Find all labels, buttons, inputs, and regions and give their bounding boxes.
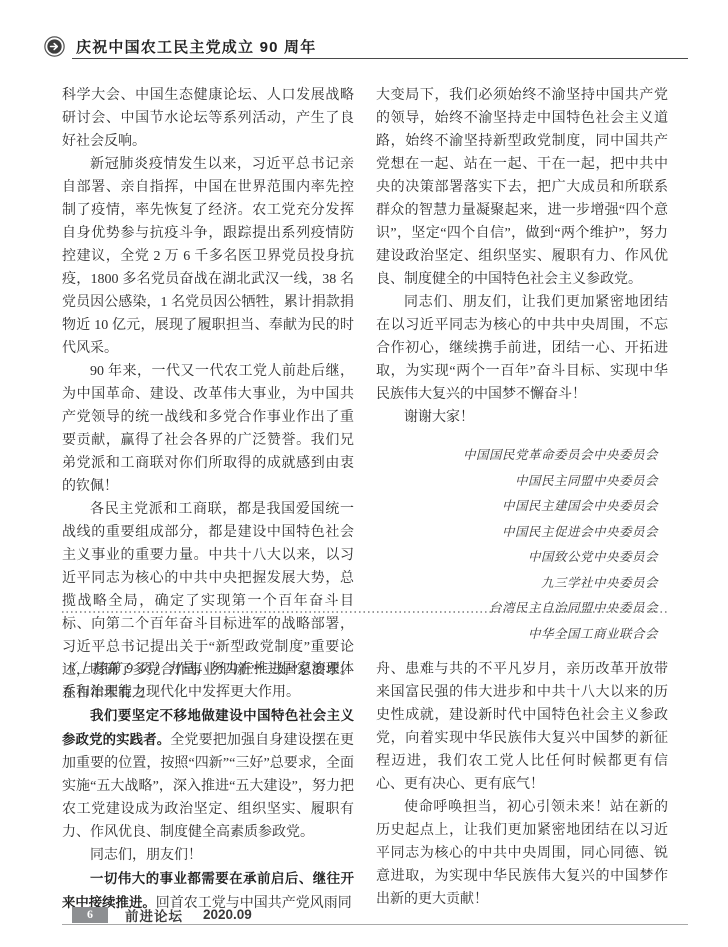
text-run-kai: 中华全国工商业联合会: [528, 627, 658, 641]
text-run-kai: （上接第 9 页）: [62, 662, 168, 677]
text-run-normal: 大变局下，我们必须始终不渝坚持中国共产党的领导，始终不渝坚持走中国特色社会主义道…: [376, 88, 668, 287]
continued-paragraph: 大变局下，我们必须始终不渝坚持中国共产党的领导，始终不渝坚持走中国特色社会主义道…: [376, 84, 668, 291]
paragraph: 谢谢大家！: [376, 406, 668, 429]
text-run-normal: 使命呼唤担当，初心引领未来！站在新的历史起点上，让我们更加紧密地团结在以习近平同…: [376, 800, 668, 907]
magazine-page: 庆祝中国农工民主党成立 90 周年 科学大会、中国生态健康论坛、人口发展战略研讨…: [0, 0, 728, 947]
continued-paragraph: 舟、患难与共的不平凡岁月，亲历改革开放带来国富民强的伟大进步和中共十八大以来的历…: [376, 658, 668, 796]
text-run-normal: 科学大会、中国生态健康论坛、人口发展战略研讨会、中国节水论坛等系列活动，产生了良…: [62, 88, 354, 149]
signature-line: 中国民主建国会中央委员会: [376, 494, 668, 520]
top-right-column: 大变局下，我们必须始终不渝坚持中国共产党的领导，始终不渝坚持走中国特色社会主义道…: [376, 84, 668, 608]
signature-line: 中国民主促进会中央委员会: [376, 520, 668, 546]
page-number-badge: 6: [72, 907, 108, 923]
signature-line: 中华全国工商业联合会: [376, 622, 668, 648]
journal-name: 前进论坛: [125, 905, 183, 925]
paragraph: 90 年来，一代又一代农工党人前赴后继，为中国革命、建设、改革伟大事业，为中国共…: [62, 360, 354, 498]
text-run-normal: 全党要把加强自身建设摆在更加重要的位置，按照“四新”“三好”总要求，全面实施“五…: [62, 733, 354, 840]
page-header: 庆祝中国农工民主党成立 90 周年: [44, 36, 316, 57]
arrow-right-circle-icon: [44, 36, 65, 57]
header-rule: [72, 58, 688, 59]
speech-top-section: 科学大会、中国生态健康论坛、人口发展战略研讨会、中国节水论坛等系列活动，产生了良…: [62, 84, 668, 608]
header-title: 庆祝中国农工民主党成立 90 周年: [76, 36, 316, 57]
text-run-kai: 中国民主促进会中央委员会: [502, 525, 658, 539]
issue-number: 2020.09: [203, 907, 252, 922]
text-run-normal: 舟、患难与共的不平凡岁月，亲历改革开放带来国富民强的伟大进步和中共十八大以来的历…: [376, 662, 668, 792]
paragraph: 使命呼唤担当，初心引领未来！站在新的历史起点上，让我们更加紧密地团结在以习近平同…: [376, 796, 668, 911]
text-run-normal: 新冠肺炎疫情发生以来，习近平总书记亲自部署、亲自指挥，中国在世界范围内率先控制了…: [62, 157, 354, 356]
section-divider: [62, 611, 668, 613]
article-bottom-section: （上接第 9 页）力量，努力在推进国家治理体系和治理能力现代化中发挥更大作用。我…: [62, 658, 668, 902]
text-run-normal: 谢谢大家！: [404, 410, 474, 425]
text-run-kai: 中国民主同盟中央委员会: [515, 474, 658, 488]
signature-line: 台湾民主自治同盟中央委员会: [376, 596, 668, 622]
text-run-kai: 中国民主建国会中央委员会: [502, 499, 658, 513]
text-run-kai: 九三学社中央委员会: [541, 576, 658, 590]
continued-paragraph: （上接第 9 页）力量，努力在推进国家治理体系和治理能力现代化中发挥更大作用。: [62, 658, 354, 704]
paragraph: 新冠肺炎疫情发生以来，习近平总书记亲自部署、亲自指挥，中国在世界范围内率先控制了…: [62, 153, 354, 360]
page-footer: 6 前进论坛 2020.09: [62, 905, 688, 925]
signature-line: 九三学社中央委员会: [376, 571, 668, 597]
text-run-kai: 中国致公党中央委员会: [528, 550, 658, 564]
text-run-normal: 同志们，朋友们！: [90, 848, 202, 863]
signature-line: 中国民主同盟中央委员会: [376, 469, 668, 495]
text-run-kai: 中国国民党革命委员会中央委员会: [463, 448, 658, 462]
paragraph: 我们要坚定不移地做建设中国特色社会主义参政党的实践者。全党要把加强自身建设摆在更…: [62, 704, 354, 844]
text-run-normal: 同志们、朋友们，让我们更加紧密地团结在以习近平同志为核心的中共中央周围，不忘合作…: [376, 295, 668, 402]
paragraph: 同志们，朋友们！: [62, 844, 354, 867]
bottom-left-column: （上接第 9 页）力量，努力在推进国家治理体系和治理能力现代化中发挥更大作用。我…: [62, 658, 354, 902]
continued-paragraph: 科学大会、中国生态健康论坛、人口发展战略研讨会、中国节水论坛等系列活动，产生了良…: [62, 84, 354, 153]
top-left-column: 科学大会、中国生态健康论坛、人口发展战略研讨会、中国节水论坛等系列活动，产生了良…: [62, 84, 354, 608]
paragraph: 同志们、朋友们，让我们更加紧密地团结在以习近平同志为核心的中共中央周围，不忘合作…: [376, 291, 668, 406]
text-run-normal: 90 年来，一代又一代农工党人前赴后继，为中国革命、建设、改革伟大事业，为中国共…: [62, 364, 354, 494]
bottom-right-column: 舟、患难与共的不平凡岁月，亲历改革开放带来国富民强的伟大进步和中共十八大以来的历…: [376, 658, 668, 902]
signature-line: 中国致公党中央委员会: [376, 545, 668, 571]
signature-line: 中国国民党革命委员会中央委员会: [376, 443, 668, 469]
